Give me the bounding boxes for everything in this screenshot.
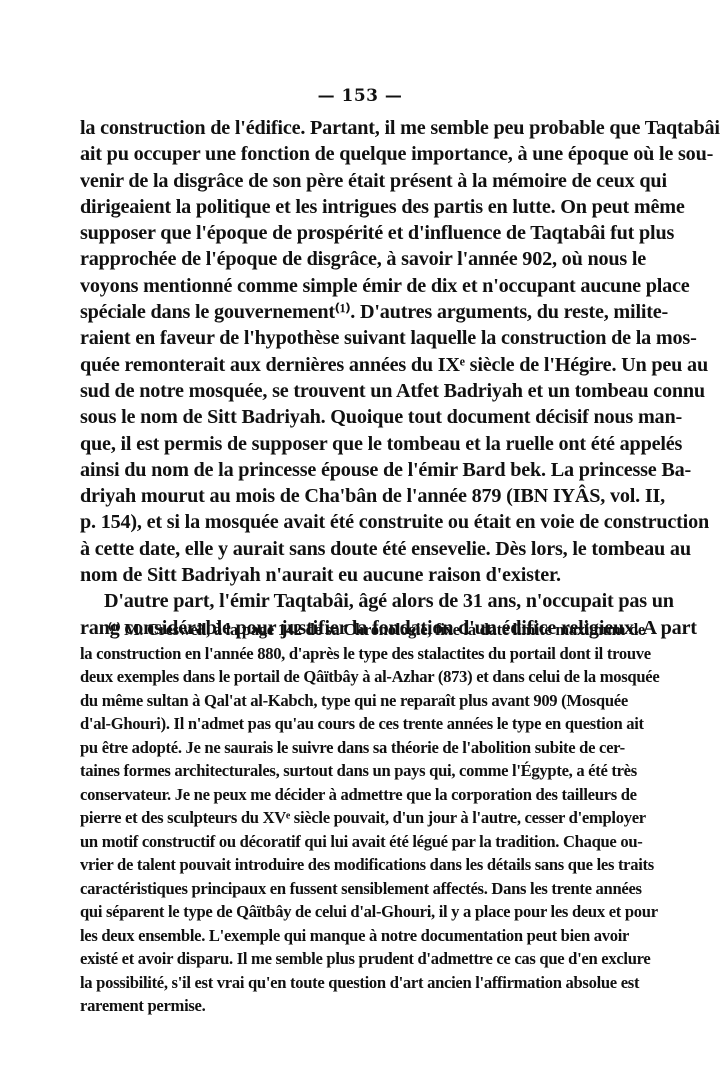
- body-paragraphs: la construction de l'édifice. Partant, i…: [80, 115, 620, 641]
- body-line-paragraph-start: D'autre part, l'émir Taqtabâi, âgé alors…: [80, 588, 620, 614]
- body-line: venir de la disgrâce de son père était p…: [80, 168, 620, 194]
- footnote-line: taines formes architecturales, surtout d…: [80, 759, 620, 783]
- footnote-block: ⁽¹⁾ M. Creswell, à la page 142 de sa Chr…: [80, 618, 620, 1018]
- body-line: supposer que l'époque de prospérité et d…: [80, 220, 620, 246]
- page-number: — 153 —: [0, 86, 720, 106]
- body-line: à cette date, elle y aurait sans doute é…: [80, 536, 620, 562]
- body-line: rapprochée de l'époque de disgrâce, à sa…: [80, 246, 620, 272]
- body-line: voyons mentionné comme simple émir de di…: [80, 273, 620, 299]
- footnote-line: qui séparent le type de Qâïtbây de celui…: [80, 900, 620, 924]
- body-line-paragraph-end: nom de Sitt Badriyah n'aurait eu aucune …: [80, 562, 620, 588]
- footnote-line: un motif constructif ou décoratif qui lu…: [80, 830, 620, 854]
- footnote-line: vrier de talent pouvait introduire des m…: [80, 853, 620, 877]
- body-line: la construction de l'édifice. Partant, i…: [80, 115, 620, 141]
- footnote-line: deux exemples dans le portail de Qâïtbây…: [80, 665, 620, 689]
- body-line: quée remonterait aux dernières années du…: [80, 352, 620, 378]
- footnote-line: caractéristiques principaux en fussent s…: [80, 877, 620, 901]
- body-line: dirigeaient la politique et les intrigue…: [80, 194, 620, 220]
- body-line: driyah mourut au mois de Cha'bân de l'an…: [80, 483, 620, 509]
- body-line: sud de notre mosquée, se trouvent un Atf…: [80, 378, 620, 404]
- body-line: ait pu occuper une fonction de quelque i…: [80, 141, 620, 167]
- body-line: p. 154), et si la mosquée avait été cons…: [80, 509, 620, 535]
- footnote-line: du même sultan à Qal'at al-Kabch, type q…: [80, 689, 620, 713]
- body-line: que, il est permis de supposer que le to…: [80, 431, 620, 457]
- footnote-line: les deux ensemble. L'exemple qui manque …: [80, 924, 620, 948]
- footnote-line: pierre et des sculpteurs du XVᵉ siècle p…: [80, 806, 620, 830]
- footnote-line: conservateur. Je ne peux me décider à ad…: [80, 783, 620, 807]
- footnote-line: pu être adopté. Je ne saurais le suivre …: [80, 736, 620, 760]
- footnote-line-last: rarement permise.: [80, 994, 620, 1018]
- body-line-footnote-ref: spéciale dans le gouvernement⁽¹⁾. D'autr…: [80, 299, 620, 325]
- footnote-line: la possibilité, s'il est vrai qu'en tout…: [80, 971, 620, 995]
- footnote-line: existé et avoir disparu. Il me semble pl…: [80, 947, 620, 971]
- footnote-line: la construction en l'année 880, d'après …: [80, 642, 620, 666]
- document-page: — 153 — la construction de l'édifice. Pa…: [0, 0, 720, 1079]
- body-line: ainsi du nom de la princesse épouse de l…: [80, 457, 620, 483]
- footnote-line-first: ⁽¹⁾ M. Creswell, à la page 142 de sa Chr…: [80, 618, 620, 642]
- footnote-line: d'al-Ghouri). Il n'admet pas qu'au cours…: [80, 712, 620, 736]
- body-line: sous le nom de Sitt Badriyah. Quoique to…: [80, 404, 620, 430]
- body-line: raient en faveur de l'hypothèse suivant …: [80, 325, 620, 351]
